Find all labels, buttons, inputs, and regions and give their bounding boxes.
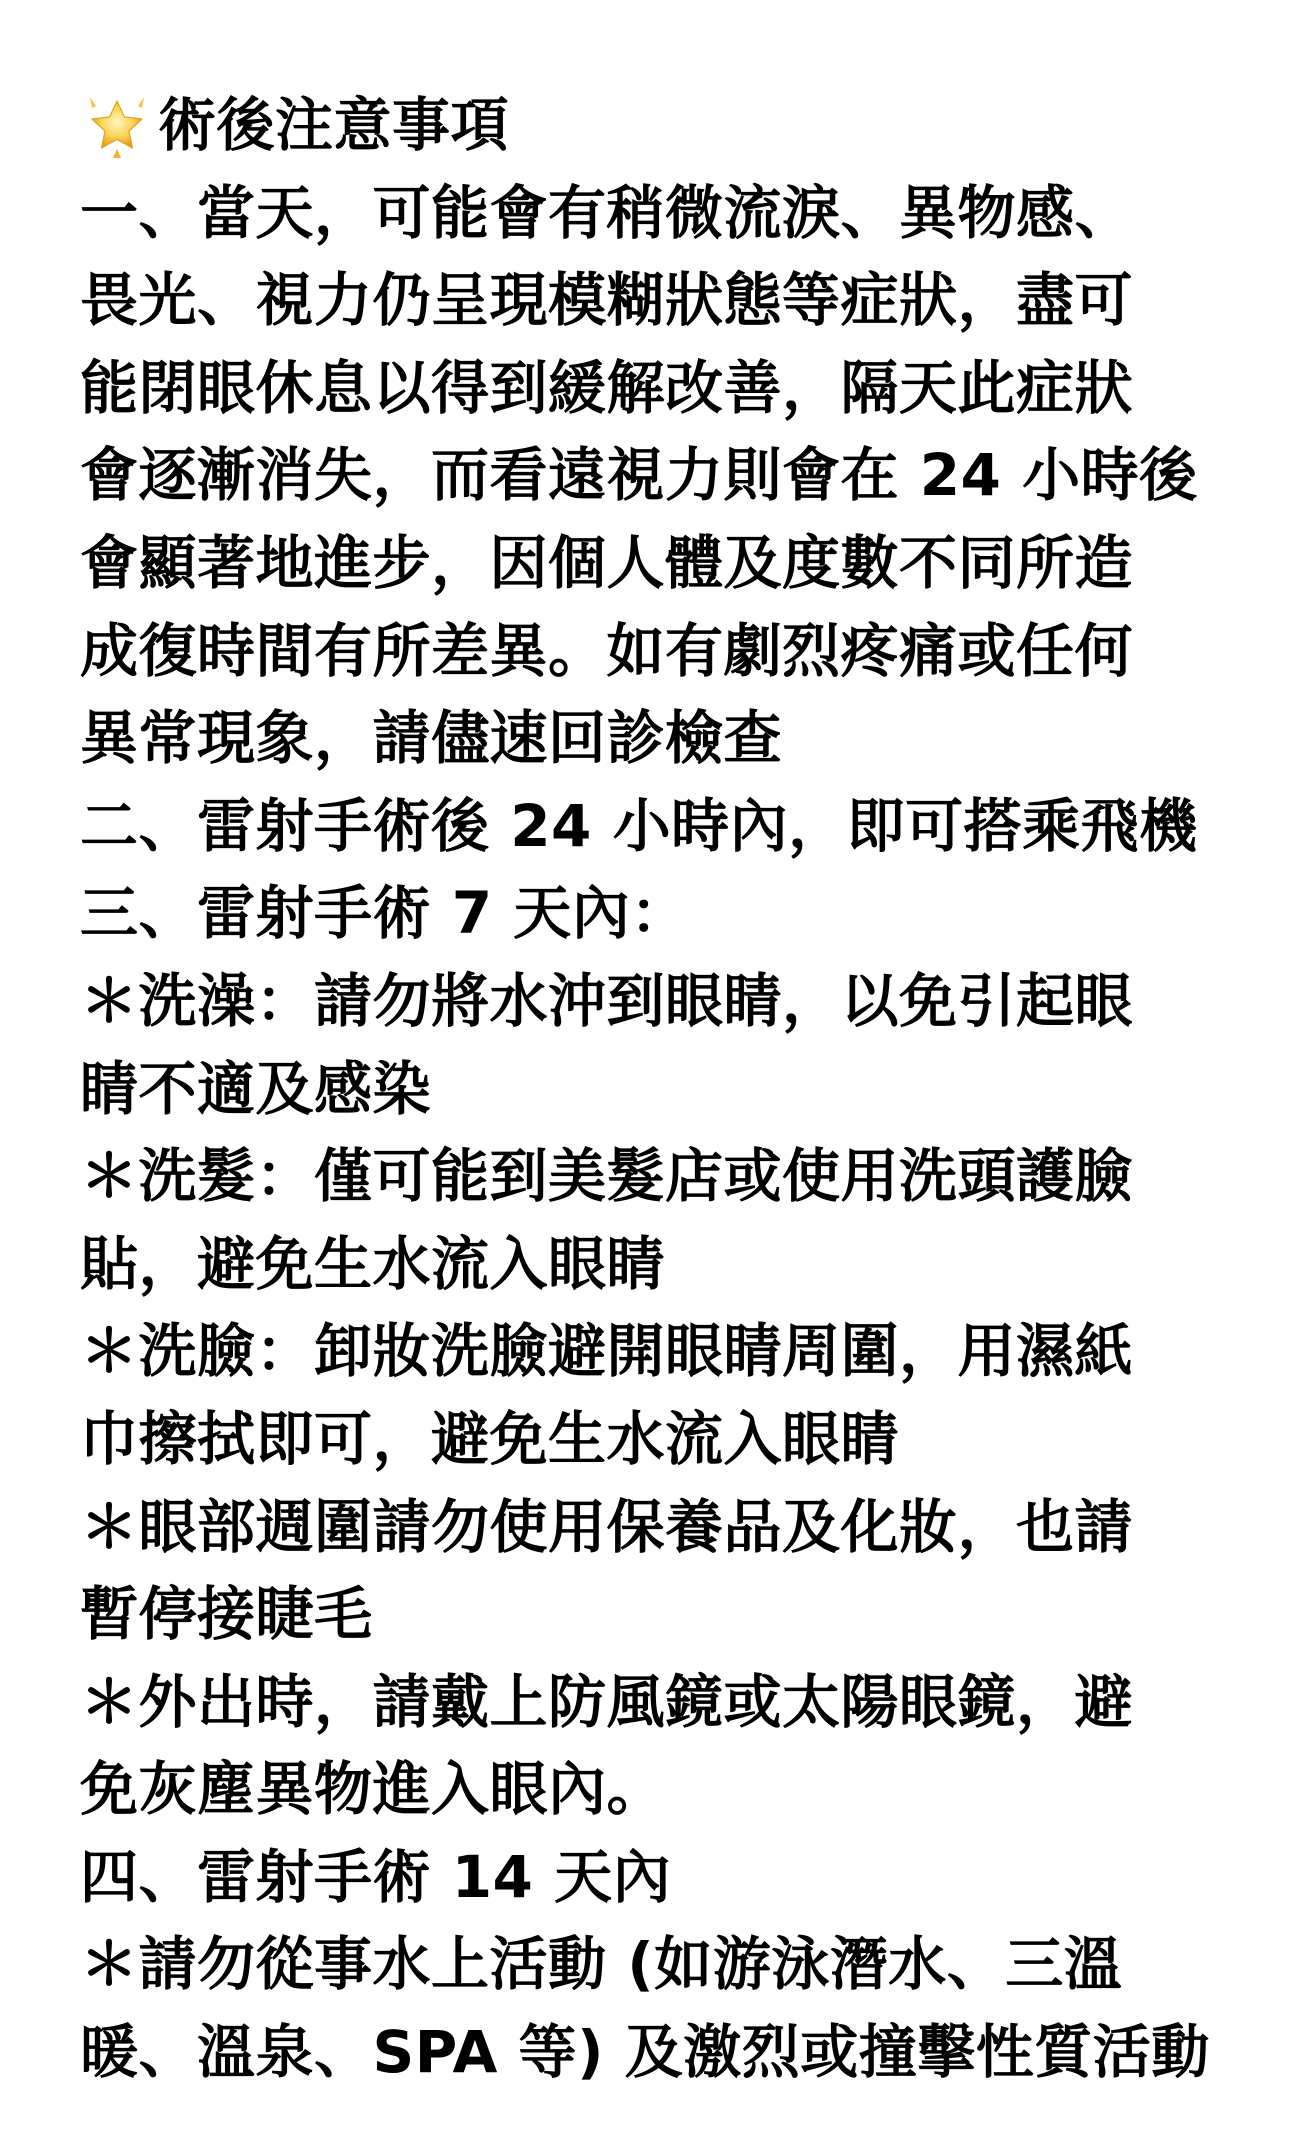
bullet-face-washing: ＊洗臉：卸妝洗臉避開眼睛周圍，用濕紙 xyxy=(80,1308,1230,1396)
section-heading-3: 三、雷射手術 7 天內： xyxy=(80,870,1230,958)
section-heading-2: 二、雷射手術後 24 小時內，即可搭乘飛機 xyxy=(80,783,1230,871)
note-line: 會顯著地進步，因個人體及度數不同所造 xyxy=(80,520,1230,608)
note-line: 貼，避免生水流入眼睛 xyxy=(80,1221,1230,1309)
note-line: 巾擦拭即可，避免生水流入眼睛 xyxy=(80,1396,1230,1484)
page-title: 術後注意事項 xyxy=(158,82,509,170)
note-line: 睛不適及感染 xyxy=(80,1046,1230,1134)
note-line: 能閉眼休息以得到緩解改善，隔天此症狀 xyxy=(80,345,1230,433)
note-line: 畏光、視力仍呈現模糊狀態等症狀，盡可 xyxy=(80,257,1230,345)
bullet-bathing: ＊洗澡：請勿將水沖到眼睛，以免引起眼 xyxy=(80,958,1230,1046)
bullet-going-out: ＊外出時，請戴上防風鏡或太陽眼鏡，避 xyxy=(80,1659,1230,1747)
post-op-notes: 術後注意事項 一、當天，可能會有稍微流淚、異物感、 畏光、視力仍呈現模糊狀態等症… xyxy=(80,82,1230,2097)
note-line: 一、當天，可能會有稍微流淚、異物感、 xyxy=(80,170,1230,258)
bullet-hair-washing: ＊洗髮：僅可能到美髮店或使用洗頭護臉 xyxy=(80,1133,1230,1221)
note-line: 暖、溫泉、SPA 等) 及激烈或撞擊性質活動 xyxy=(80,2009,1230,2097)
note-line: 成復時間有所差異。如有劇烈疼痛或任何 xyxy=(80,608,1230,696)
note-line: 免灰塵異物進入眼內。 xyxy=(80,1746,1230,1834)
bullet-eye-area: ＊眼部週圍請勿使用保養品及化妝，也請 xyxy=(80,1484,1230,1572)
bullet-water-activities: ＊請勿從事水上活動 (如游泳潛水、三溫 xyxy=(80,1921,1230,2009)
title-row: 術後注意事項 xyxy=(80,82,1230,170)
section-heading-4: 四、雷射手術 14 天內 xyxy=(80,1834,1230,1922)
note-line: 異常現象，請儘速回診檢查 xyxy=(80,695,1230,783)
glowing-star-icon xyxy=(80,93,154,159)
note-line: 會逐漸消失，而看遠視力則會在 24 小時後 xyxy=(80,432,1230,520)
note-line: 暫停接睫毛 xyxy=(80,1571,1230,1659)
